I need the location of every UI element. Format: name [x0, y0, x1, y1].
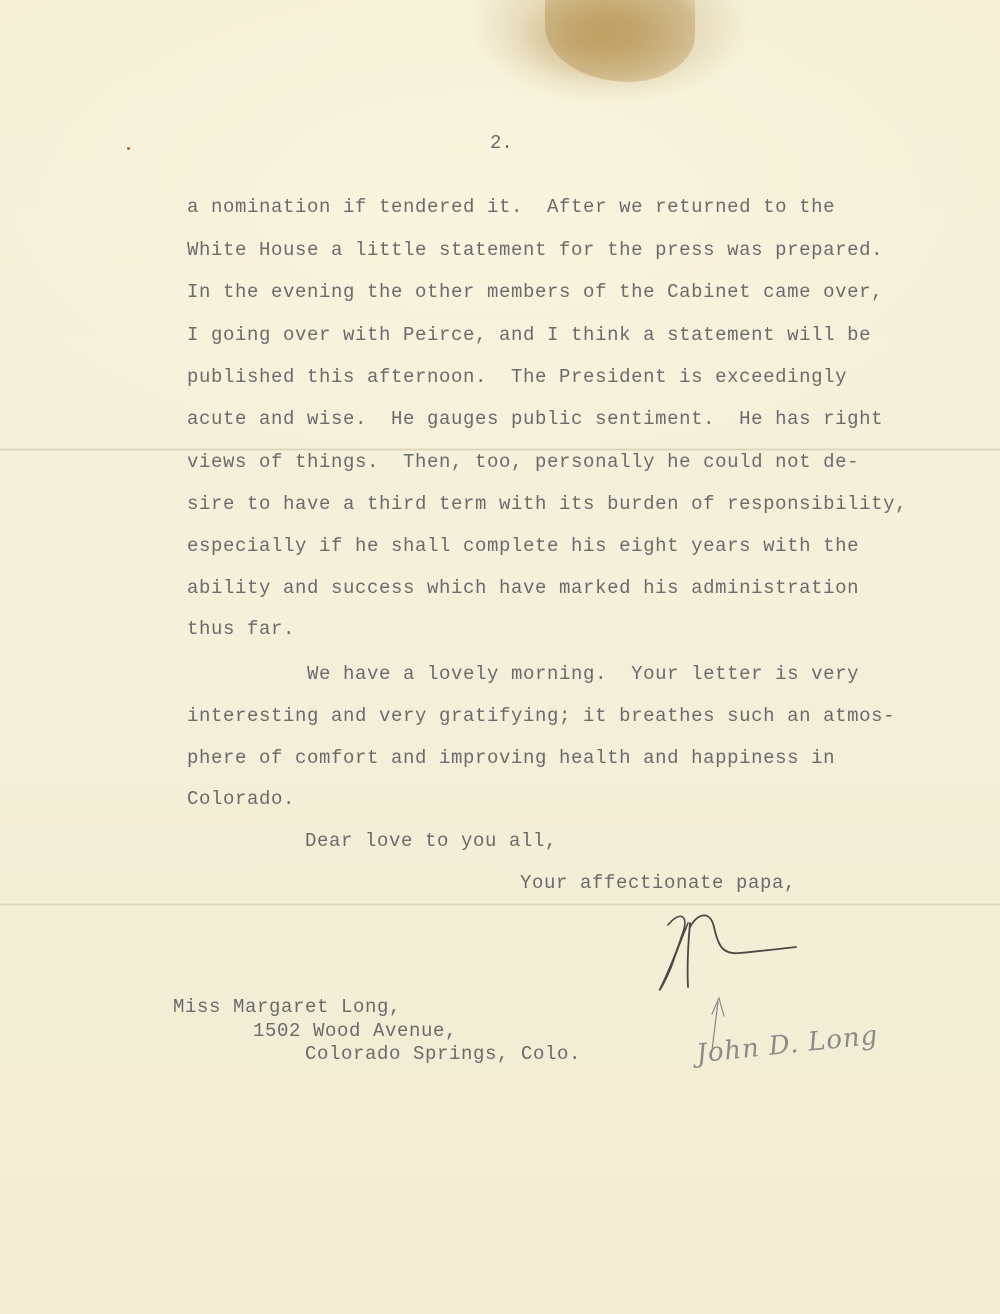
water-stain	[545, 0, 695, 82]
body-line: published this afternoon. The President …	[187, 366, 847, 388]
paper-fold-line	[0, 903, 1000, 906]
body-line: interesting and very gratifying; it brea…	[187, 705, 895, 727]
body-line: acute and wise. He gauges public sentime…	[187, 408, 883, 430]
body-line: especially if he shall complete his eigh…	[187, 535, 859, 557]
body-line: sire to have a third term with its burde…	[187, 493, 907, 515]
body-line: views of things. Then, too, personally h…	[187, 451, 859, 473]
closing-line: Dear love to you all,	[305, 830, 557, 852]
body-line: a nomination if tendered it. After we re…	[187, 196, 835, 218]
body-line: Colorado.	[187, 788, 295, 810]
body-line: I going over with Peirce, and I think a …	[187, 324, 871, 346]
handwritten-signature	[650, 905, 810, 995]
ink-speck	[127, 147, 130, 150]
address-line: Miss Margaret Long,	[173, 996, 401, 1018]
address-line: Colorado Springs, Colo.	[305, 1043, 581, 1065]
body-line: phere of comfort and improving health an…	[187, 747, 835, 769]
body-line: In the evening the other members of the …	[187, 281, 883, 303]
address-line: 1502 Wood Avenue,	[253, 1020, 457, 1042]
letter-page: 2. a nomination if tendered it. After we…	[0, 0, 1000, 1314]
page-number: 2.	[490, 132, 513, 154]
body-line: thus far.	[187, 618, 295, 640]
body-line: White House a little statement for the p…	[187, 239, 883, 261]
body-line: We have a lovely morning. Your letter is…	[187, 663, 859, 685]
body-line: ability and success which have marked hi…	[187, 577, 859, 599]
sign-off-line: Your affectionate papa,	[520, 872, 796, 894]
